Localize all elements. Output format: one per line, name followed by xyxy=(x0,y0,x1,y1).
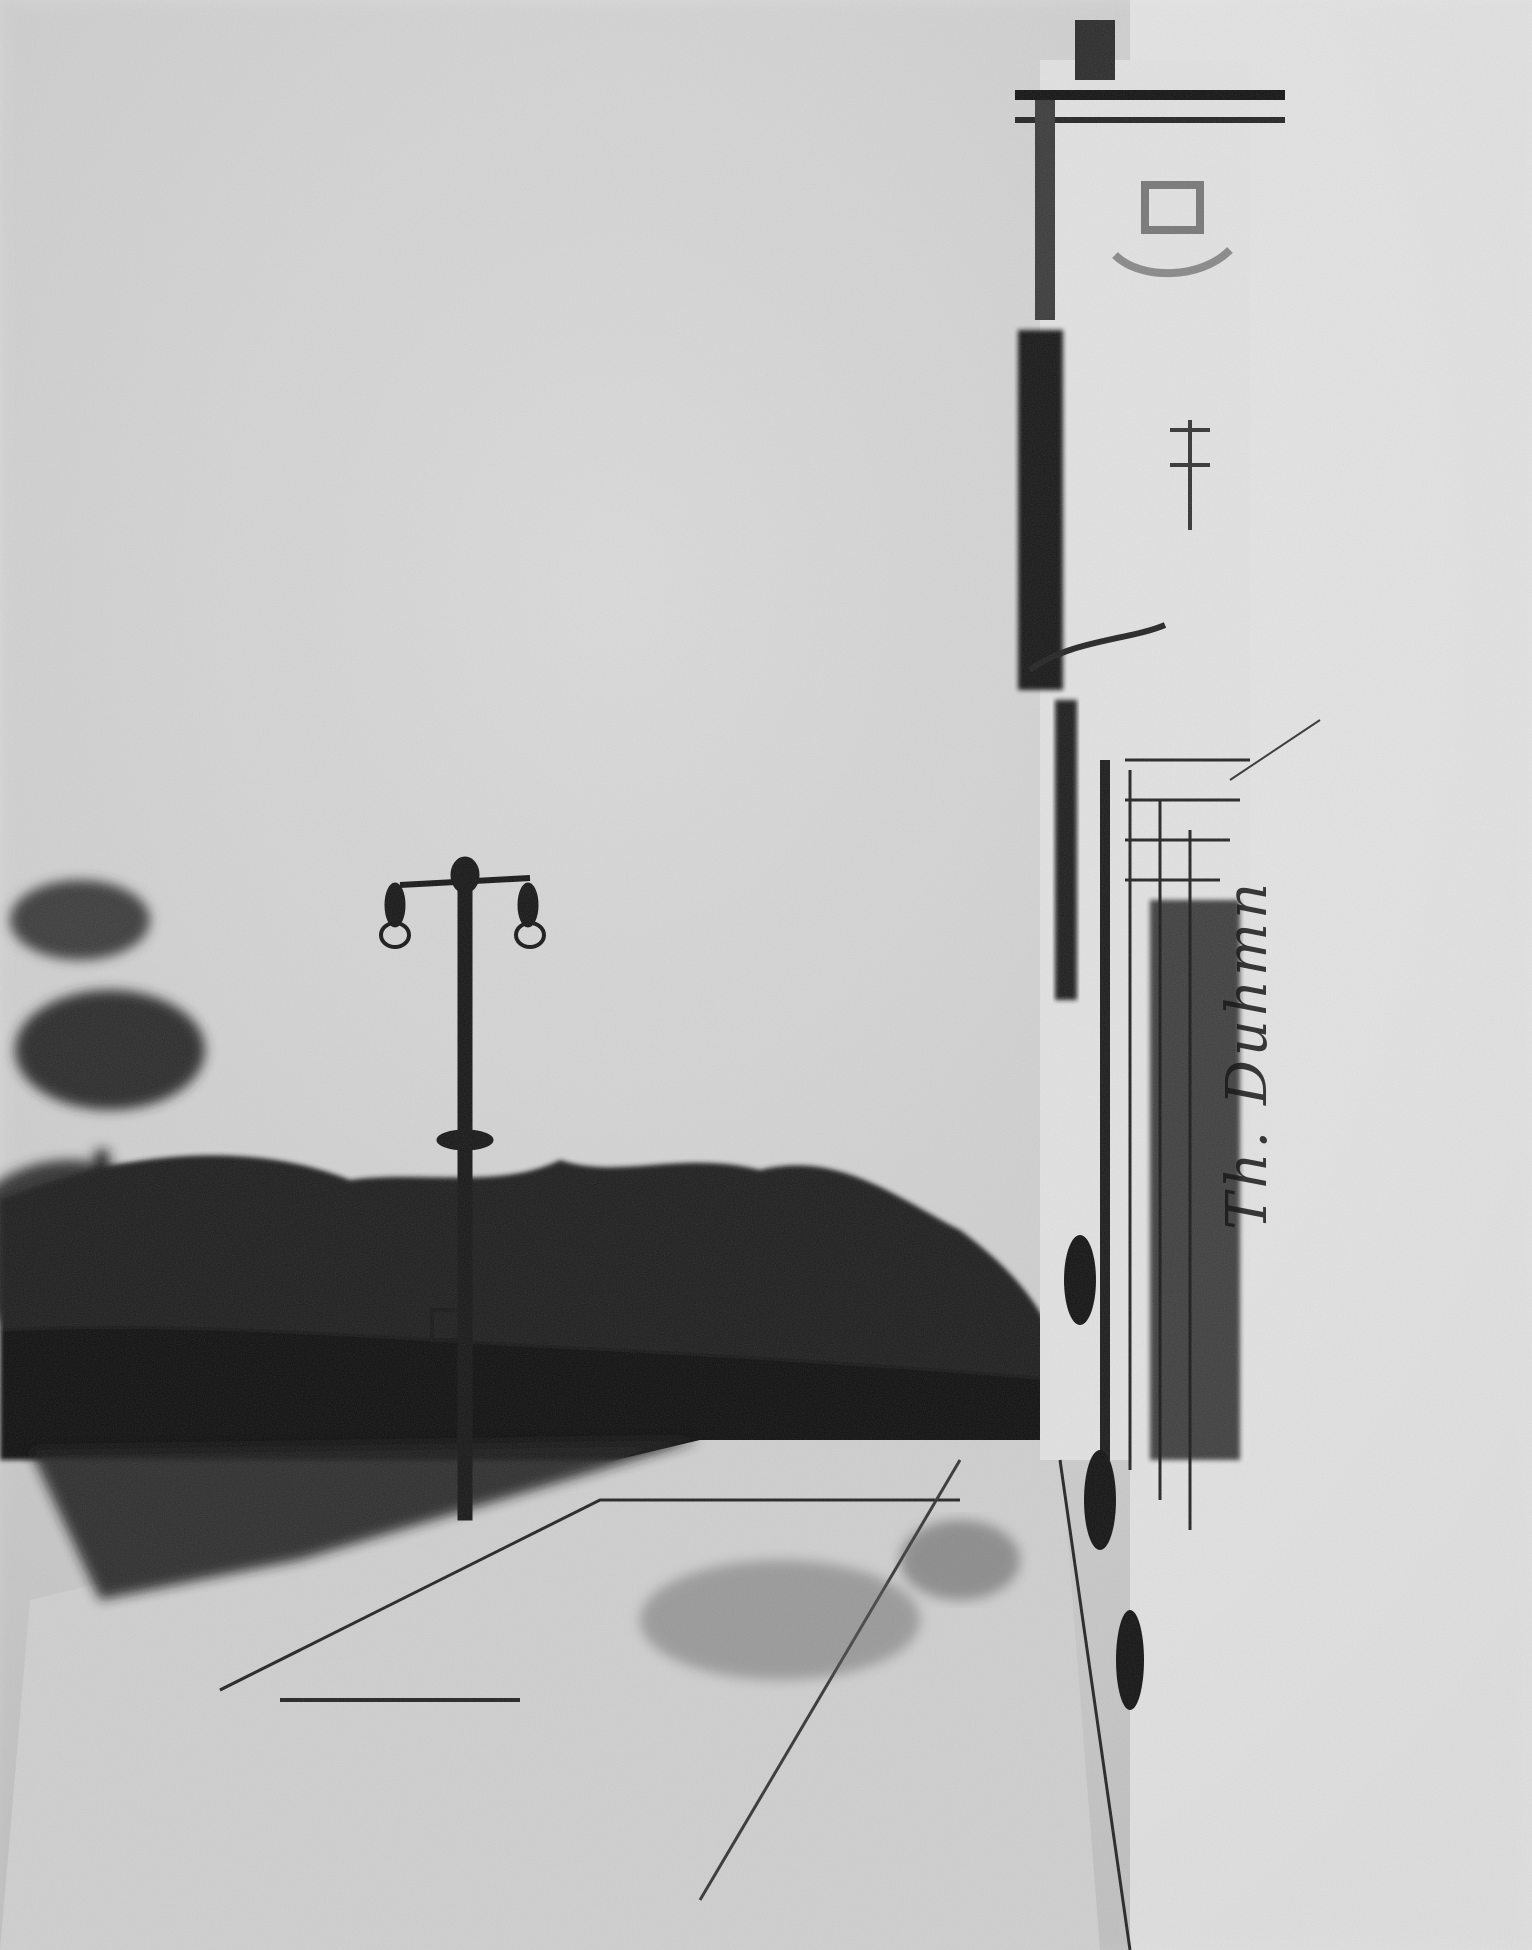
charcoal-street-scene xyxy=(0,0,1532,1950)
artist-signature: Th. Duhmn xyxy=(1215,879,1280,1230)
